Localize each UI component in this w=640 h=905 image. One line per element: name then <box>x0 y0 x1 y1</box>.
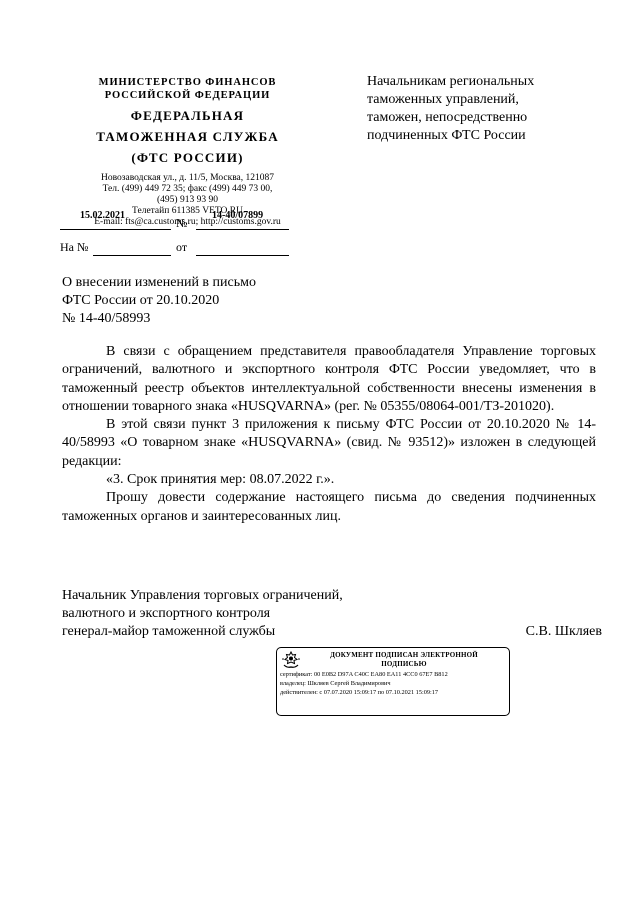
reference-number-underline <box>93 255 171 256</box>
outgoing-number: 14-40/07899 <box>212 210 263 221</box>
date-underline <box>60 229 171 230</box>
agency-name-line3: (ФТС РОССИИ) <box>60 150 315 165</box>
letter-body: В связи с обращением представителя право… <box>62 343 596 526</box>
ministry-name-line2: РОССИЙСКОЙ ФЕДЕРАЦИИ <box>60 89 315 102</box>
subject-block: О внесении изменений в письмо ФТС России… <box>62 274 322 328</box>
electronic-signature-stamp: ДОКУМЕНТ ПОДПИСАН ЭЛЕКТРОННОЙ ПОДПИСЬЮ с… <box>276 647 510 716</box>
stamp-validity: действителен: с 07.07.2020 15:09:17 по 0… <box>280 689 506 697</box>
stamp-title: ДОКУМЕНТ ПОДПИСАН ЭЛЕКТРОННОЙ ПОДПИСЬЮ <box>302 651 506 668</box>
agency-name-line1: ФЕДЕРАЛЬНАЯ <box>60 108 315 123</box>
emblem-icon <box>280 650 302 670</box>
number-sign: № <box>176 216 187 231</box>
outgoing-date: 15.02.2021 <box>80 210 125 221</box>
addressee-line: таможенных управлений, <box>367 91 607 109</box>
subject-line: ФТС России от 20.10.2020 <box>62 292 322 310</box>
body-paragraph: Прошу довести содержание настоящего пись… <box>62 489 596 526</box>
addressee-line: таможен, непосредственно <box>367 109 607 127</box>
body-paragraph: В этой связи пункт 3 приложения к письму… <box>62 416 596 471</box>
agency-phone: Тел. (499) 449 72 35; факс (499) 449 73 … <box>60 184 315 195</box>
letterhead: МИНИСТЕРСТВО ФИНАНСОВ РОССИЙСКОЙ ФЕДЕРАЦ… <box>60 76 315 228</box>
stamp-title-line2: ПОДПИСЬЮ <box>302 660 506 669</box>
subject-line: № 14-40/58993 <box>62 310 322 328</box>
signature-block: Начальник Управления торговых ограничени… <box>62 587 602 641</box>
agency-address: Новозаводская ул., д. 11/5, Москва, 1210… <box>60 173 315 184</box>
ministry-name-line1: МИНИСТЕРСТВО ФИНАНСОВ <box>60 76 315 89</box>
reference-from-label: от <box>176 240 187 255</box>
agency-phone-2: (495) 913 93 90 <box>60 195 315 206</box>
stamp-certificate: сертификат: 00 E0B2 D97A C40C EA80 EA11 … <box>280 671 506 679</box>
signatory-position-line2: валютного и экспортного контроля <box>62 605 602 623</box>
signatory-position-line1: Начальник Управления торговых ограничени… <box>62 587 602 605</box>
agency-name-line2: ТАМОЖЕННАЯ СЛУЖБА <box>60 129 315 144</box>
body-paragraph: «3. Срок принятия мер: 08.07.2022 г.». <box>62 471 596 489</box>
signatory-name: С.В. Шкляев <box>526 623 602 641</box>
reference-date-underline <box>196 255 289 256</box>
body-paragraph: В связи с обращением представителя право… <box>62 343 596 416</box>
stamp-title-line1: ДОКУМЕНТ ПОДПИСАН ЭЛЕКТРОННОЙ <box>302 651 506 660</box>
addressee-block: Начальникам региональных таможенных упра… <box>367 73 607 145</box>
addressee-line: подчиненных ФТС России <box>367 127 607 145</box>
signatory-position-line3: генерал-майор таможенной службы <box>62 623 602 641</box>
addressee-line: Начальникам региональных <box>367 73 607 91</box>
number-underline <box>196 229 289 230</box>
subject-line: О внесении изменений в письмо <box>62 274 322 292</box>
reference-label: На № <box>60 240 88 255</box>
stamp-owner: владелец: Шкляев Сергей Владимирович <box>280 680 506 688</box>
